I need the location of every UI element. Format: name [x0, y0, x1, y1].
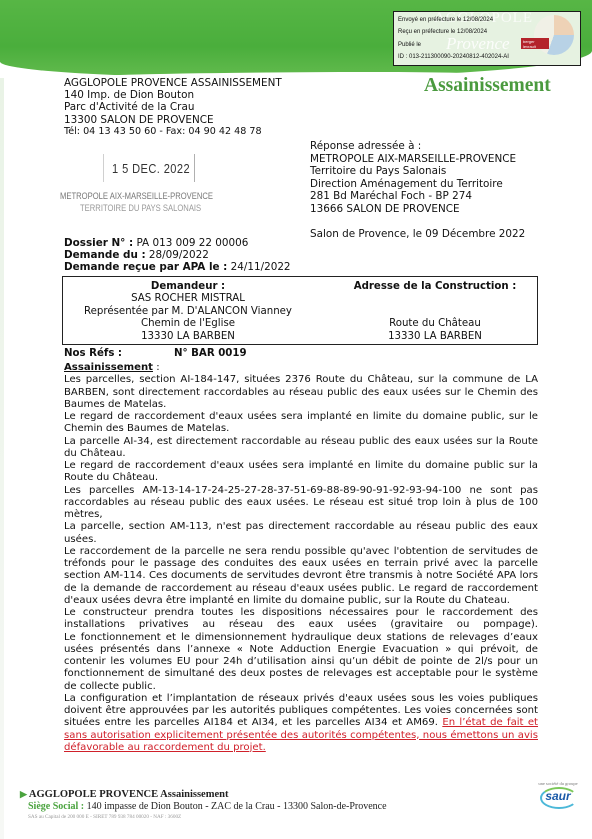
- body-paragraph: Le fonctionnement et le dimensionnement …: [64, 632, 538, 693]
- group-tagline: une société du groupe: [536, 781, 580, 786]
- sender-name: AGGLOPOLE PROVENCE ASSAINISSEMENT: [64, 77, 282, 89]
- body-paragraph-final: La configuration et l’implantation de ré…: [64, 693, 538, 754]
- reception-stamp: 1 5 DEC. 2022 METROPOLE AIX-MARSEILLE-PR…: [60, 150, 260, 222]
- recipient-line: Territoire du Pays Salonais: [310, 165, 525, 178]
- reception-date: 1 5 DEC. 2022: [112, 161, 190, 176]
- sender-tel-fax: Tél: 04 13 43 50 60 - Fax: 04 90 42 48 7…: [64, 126, 282, 138]
- body-paragraph: Les parcelles, section AI-184-147, situé…: [64, 374, 538, 411]
- body-paragraph: La parcelle AI-34, est directement racco…: [64, 436, 538, 461]
- received-date-value: 24/11/2022: [227, 261, 290, 273]
- saur-group-logo: une société du groupe saur: [536, 781, 580, 825]
- refs-value: N° BAR 0019: [174, 348, 247, 359]
- construction-line: [333, 293, 537, 305]
- body-paragraph: Le raccordement de la parcelle ne sera r…: [64, 546, 538, 607]
- stamp-id: ID : 013-211300090-20240812-402024-AI: [398, 51, 576, 63]
- stamp-received: Reçu en préfecture le 12/08/2024: [398, 26, 576, 38]
- body-paragraph: Le constructeur prendra toutes les dispo…: [64, 607, 538, 632]
- applicant-line: 13330 LA BARBEN: [63, 331, 313, 343]
- page-left-edge: [0, 78, 4, 839]
- request-date-value: 28/09/2022: [146, 249, 209, 261]
- sender-address-line: 140 Imp. de Dion Bouton: [64, 89, 282, 101]
- reception-org-line: METROPOLE AIX-MARSEILLE-PROVENCE: [60, 191, 213, 201]
- applicant-line: SAS ROCHER MISTRAL: [63, 293, 313, 305]
- prefecture-stamp: AGGLOPOLE Provence berger levrault Envoy…: [393, 11, 581, 66]
- received-date: Demande reçue par APA le : 24/11/2022: [64, 261, 291, 273]
- dossier-block: Dossier N° : PA 013 009 22 00006 Demande…: [64, 237, 291, 274]
- berger-levrault-badge: berger levrault: [521, 38, 549, 49]
- recipient-label: Réponse adressée à :: [310, 140, 525, 153]
- sender-block: AGGLOPOLE PROVENCE ASSAINISSEMENT 140 Im…: [64, 77, 282, 138]
- body-paragraph: Le regard de raccordement d'eaux usées s…: [64, 411, 538, 436]
- dossier-number-label: Dossier N° :: [64, 237, 133, 249]
- construction-line: 13330 LA BARBEN: [333, 331, 537, 343]
- request-date-label: Demande du :: [64, 249, 146, 261]
- dossier-number: Dossier N° : PA 013 009 22 00006: [64, 237, 291, 249]
- construction-column: Adresse de la Construction : Route du Ch…: [333, 281, 537, 343]
- arrow-right-icon: ▶: [20, 789, 27, 799]
- dossier-number-value: PA 013 009 22 00006: [133, 237, 248, 249]
- place-date: Salon de Provence, le 09 Décembre 2022: [310, 228, 525, 241]
- construction-line: [333, 306, 537, 318]
- request-date: Demande du : 28/09/2022: [64, 249, 291, 261]
- section-heading: Assainissement :: [64, 362, 538, 374]
- reception-org-line: TERRITOIRE DU PAYS SALONAIS: [80, 203, 201, 213]
- refs-label: Nos Réfs :: [64, 348, 122, 359]
- applicant-column: Demandeur : SAS ROCHER MISTRAL Représent…: [63, 281, 313, 343]
- sender-address-line: 13300 SALON DE PROVENCE: [64, 114, 282, 126]
- body-paragraph: La parcelle, section AM-113, n'est pas d…: [64, 521, 538, 546]
- stamp-sent: Envoyé en préfecture le 12/08/2024: [398, 14, 576, 26]
- section-title: Assainissement: [64, 362, 153, 373]
- footer-company: ▶AGGLOPOLE PROVENCE Assainissement: [20, 789, 387, 800]
- saur-logo-icon: saur: [536, 789, 580, 803]
- body-paragraph: Les parcelles AM-13-14-17-24-25-27-28-37…: [64, 485, 538, 522]
- received-date-label: Demande reçue par APA le :: [64, 261, 227, 273]
- body-paragraph: Le regard de raccordement d'eaux usées s…: [64, 460, 538, 485]
- applicant-line: Représentée par M. D'ALANCON Vianney: [63, 306, 313, 318]
- recipient-block: Réponse adressée à : METROPOLE AIX-MARSE…: [310, 140, 525, 240]
- stamp-published: Publié le: [398, 39, 576, 51]
- construction-label: Adresse de la Construction :: [333, 281, 537, 293]
- references: Nos Réfs : N° BAR 0019: [64, 348, 122, 359]
- recipient-line: Direction Aménagement du Territoire: [310, 178, 525, 191]
- applicant-line: Chemin de l'Eglise: [63, 318, 313, 330]
- parties-box: Demandeur : SAS ROCHER MISTRAL Représent…: [62, 276, 538, 345]
- body-text: Assainissement : Les parcelles, section …: [64, 362, 538, 754]
- footer-seat-address: 140 impasse de Dion Bouton - ZAC de la C…: [84, 801, 386, 812]
- sender-address-line: Parc d'Activité de la Crau: [64, 101, 282, 113]
- brand-title: Assainissement: [424, 75, 551, 97]
- recipient-line: 13666 SALON DE PROVENCE: [310, 203, 525, 216]
- construction-line: Route du Château: [333, 318, 537, 330]
- footer: ▶AGGLOPOLE PROVENCE Assainissement Siège…: [20, 789, 387, 820]
- footer-legal: SAS au Capital de 200 000 E - SIRET 789 …: [20, 814, 387, 820]
- footer-seat: Siège Social : 140 impasse de Dion Bouto…: [20, 801, 387, 812]
- applicant-label: Demandeur :: [63, 281, 313, 293]
- recipient-line: 281 Bd Maréchal Foch - BP 274: [310, 190, 525, 203]
- footer-seat-label: Siège Social :: [28, 801, 84, 812]
- recipient-line: METROPOLE AIX-MARSEILLE-PROVENCE: [310, 153, 525, 166]
